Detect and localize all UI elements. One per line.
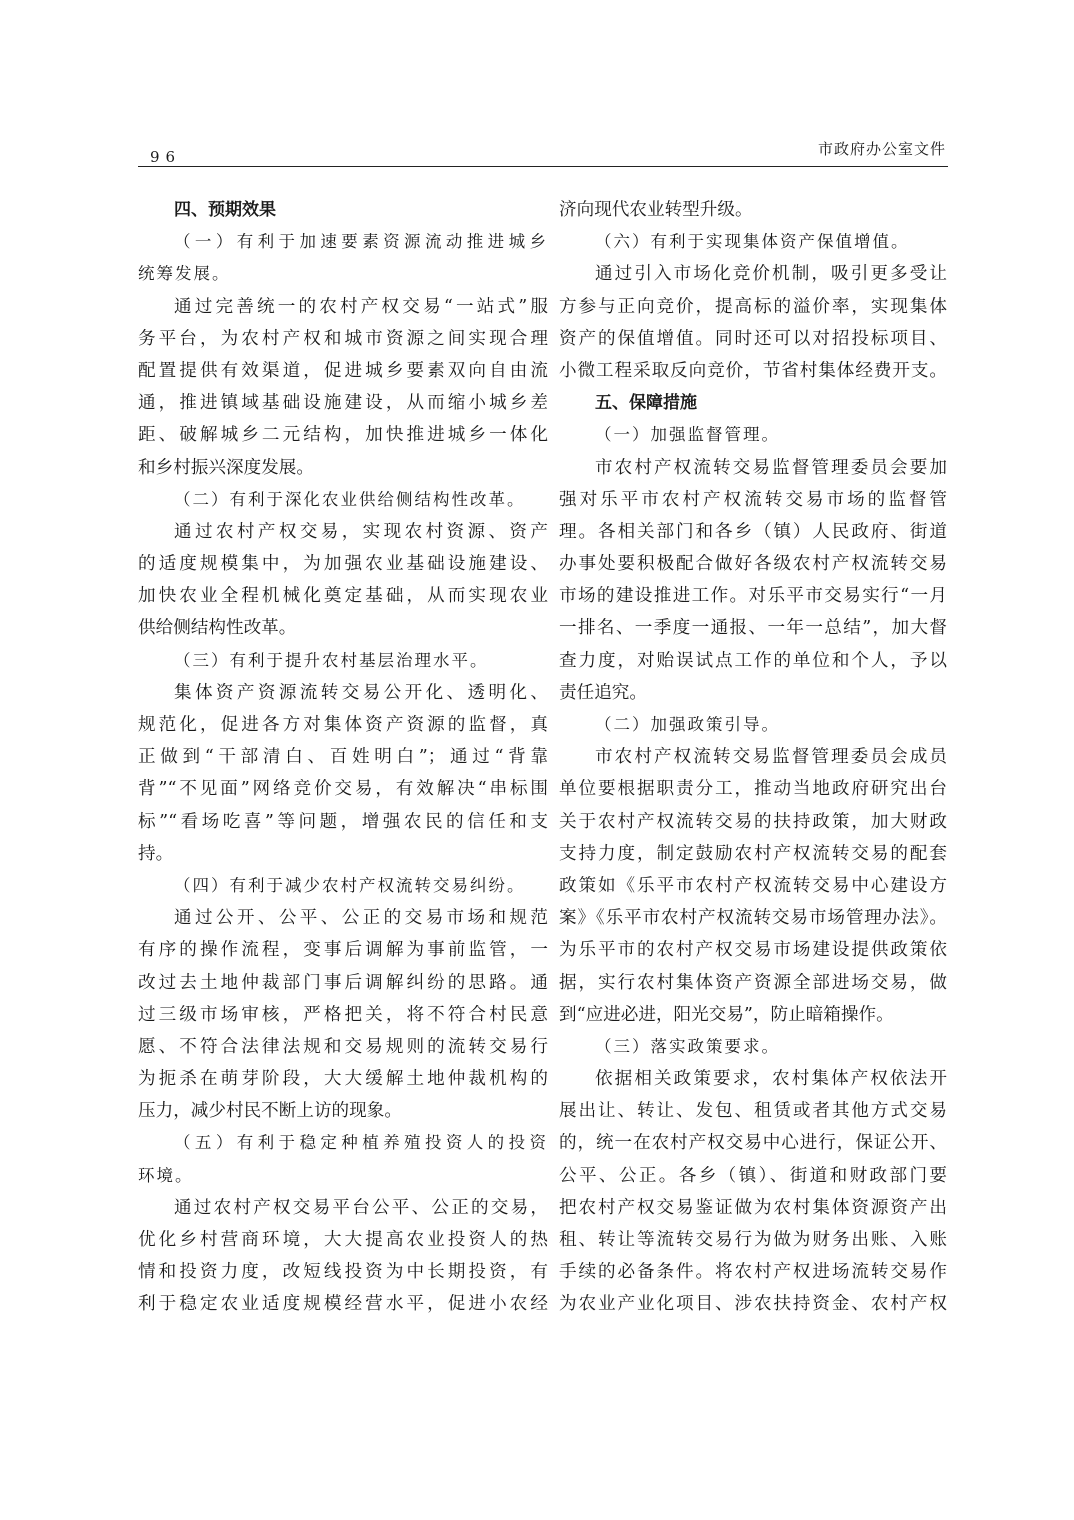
right-column: 济向现代农业转型升级。（六）有利于实现集体资产保值增值。通过引入市场化竞价机制，…	[559, 194, 947, 1321]
body-text-line: 正做到“干部清白、百姓明白”；通过“背靠	[138, 741, 548, 773]
body-text-line: 手续的必备条件。将农村产权进场流转交易作	[559, 1256, 947, 1288]
body-text-line: 通，推进镇域基础设施建设，从而缩小城乡差	[138, 387, 548, 419]
page-header: 96 市政府办公室文件	[138, 138, 948, 166]
subsection-heading: （六）有利于实现集体资产保值增值。	[559, 226, 947, 258]
body-text-line: 的适度规模集中，为加强农业基础设施建设、	[138, 548, 548, 580]
body-text-line: 强对乐平市农村产权流转交易市场的监督管	[559, 484, 947, 516]
body-text-line: 关于农村产权流转交易的扶持政策，加大财政	[559, 806, 947, 838]
body-text-line: 供给侧结构性改革。	[138, 612, 548, 644]
body-text-line: 务平台，为农村产权和城市资源之间实现合理	[138, 323, 548, 355]
body-text-line: 为农业产业化项目、涉农扶持资金、农村产权	[559, 1288, 947, 1320]
body-text-line: 有序的操作流程，变事后调解为事前监管，一	[138, 934, 548, 966]
body-text-line: 集体资产资源流转交易公开化、透明化、	[138, 677, 548, 709]
body-text-line: 过三级市场审核，严格把关，将不符合村民意	[138, 999, 548, 1031]
body-text-line: 通过农村产权交易，实现农村资源、资产	[138, 516, 548, 548]
body-text-line: 查力度，对贻误试点工作的单位和个人，予以	[559, 645, 947, 677]
body-text-line: 通过完善统一的农村产权交易“一站式”服	[138, 291, 548, 323]
body-text-line: 把农村产权交易鉴证做为农村集体资源资产出	[559, 1192, 947, 1224]
subsection-heading: 统筹发展。	[138, 258, 548, 290]
body-text-line: 责任追究。	[559, 677, 947, 709]
subsection-heading: （三）有利于提升农村基层治理水平。	[138, 645, 548, 677]
section-heading: 四、预期效果	[138, 194, 548, 226]
body-text-line: 利于稳定农业适度规模经营水平，促进小农经	[138, 1288, 548, 1320]
subsection-heading: （五）有利于稳定种植养殖投资人的投资	[138, 1127, 548, 1159]
body-text-line: 济向现代农业转型升级。	[559, 194, 947, 226]
body-text-line: 为扼杀在萌芽阶段，大大缓解土地仲裁机构的	[138, 1063, 548, 1095]
page-number: 96	[150, 148, 181, 166]
body-text-line: 通过引入市场化竞价机制，吸引更多受让	[559, 258, 947, 290]
body-text-line: 压力，减少村民不断上访的现象。	[138, 1095, 548, 1127]
subsection-heading: （三）落实政策要求。	[559, 1031, 947, 1063]
subsection-heading: （一）加强监督管理。	[559, 419, 947, 451]
body-text-line: 办事处要积极配合做好各级农村产权流转交易	[559, 548, 947, 580]
body-text-line: 标”“看场吃喜”等问题，增强农民的信任和支	[138, 806, 548, 838]
body-text-line: 和乡村振兴深度发展。	[138, 452, 548, 484]
body-text-line: 公平、公正。各乡（镇）、街道和财政部门要	[559, 1160, 947, 1192]
header-rule	[138, 166, 948, 167]
body-text-line: 愿、不符合法律法规和交易规则的流转交易行	[138, 1031, 548, 1063]
body-text-line: 单位要根据职责分工，推动当地政府研究出台	[559, 773, 947, 805]
body-text-line: 据，实行农村集体资产资源全部进场交易，做	[559, 967, 947, 999]
body-text-line: 租、转让等流转交易行为做为财务出账、入账	[559, 1224, 947, 1256]
body-text-line: 一排名、一季度一通报、一年一总结”，加大督	[559, 612, 947, 644]
body-text-line: 政策如《乐平市农村产权流转交易中心建设方	[559, 870, 947, 902]
body-text-line: 的，统一在农村产权交易中心进行，保证公开、	[559, 1127, 947, 1159]
body-text-line: 配置提供有效渠道，促进城乡要素双向自由流	[138, 355, 548, 387]
body-text-line: 持。	[138, 838, 548, 870]
body-text-line: 通过公开、公平、公正的交易市场和规范	[138, 902, 548, 934]
body-text-line: 优化乡村营商环境，大大提高农业投资人的热	[138, 1224, 548, 1256]
body-text-line: 背”“不见面”网络竞价交易，有效解决“串标围	[138, 773, 548, 805]
body-text-line: 方参与正向竞价，提高标的溢价率，实现集体	[559, 291, 947, 323]
subsection-heading: （四）有利于减少农村产权流转交易纠纷。	[138, 870, 548, 902]
body-text-line: 理。各相关部门和各乡（镇）人民政府、街道	[559, 516, 947, 548]
body-text-line: 市场的建设推进工作。对乐平市交易实行“一月	[559, 580, 947, 612]
body-text-line: 案》《乐平市农村产权流转交易市场管理办法》。	[559, 902, 947, 934]
section-heading: 五、保障措施	[559, 387, 947, 419]
body-text-line: 情和投资力度，改短线投资为中长期投资，有	[138, 1256, 548, 1288]
subsection-heading: （一）有利于加速要素资源流动推进城乡	[138, 226, 548, 258]
subsection-heading: （二）加强政策引导。	[559, 709, 947, 741]
running-title: 市政府办公室文件	[818, 138, 946, 159]
body-text-line: 支持力度，制定鼓励农村产权流转交易的配套	[559, 838, 947, 870]
body-text-line: 到“应进必进，阳光交易”，防止暗箱操作。	[559, 999, 947, 1031]
body-text-line: 市农村产权流转交易监督管理委员会成员	[559, 741, 947, 773]
body-text-line: 通过农村产权交易平台公平、公正的交易，	[138, 1192, 548, 1224]
subsection-heading: （二）有利于深化农业供给侧结构性改革。	[138, 484, 548, 516]
body-text-line: 资产的保值增值。同时还可以对招投标项目、	[559, 323, 947, 355]
body-text-line: 小微工程采取反向竞价，节省村集体经费开支。	[559, 355, 947, 387]
body-text-line: 为乐平市的农村产权交易市场建设提供政策依	[559, 934, 947, 966]
body-text-line: 改过去土地仲裁部门事后调解纠纷的思路。通	[138, 967, 548, 999]
body-text-line: 距、破解城乡二元结构，加快推进城乡一体化	[138, 419, 548, 451]
body-text-line: 市农村产权流转交易监督管理委员会要加	[559, 452, 947, 484]
body-text-line: 依据相关政策要求，农村集体产权依法开	[559, 1063, 947, 1095]
body-text-line: 规范化，促进各方对集体资产资源的监督，真	[138, 709, 548, 741]
subsection-heading: 环境。	[138, 1160, 548, 1192]
body-text-line: 展出让、转让、发包、租赁或者其他方式交易	[559, 1095, 947, 1127]
body-text-line: 加快农业全程机械化奠定基础，从而实现农业	[138, 580, 548, 612]
left-column: 四、预期效果（一）有利于加速要素资源流动推进城乡统筹发展。通过完善统一的农村产权…	[138, 194, 548, 1321]
